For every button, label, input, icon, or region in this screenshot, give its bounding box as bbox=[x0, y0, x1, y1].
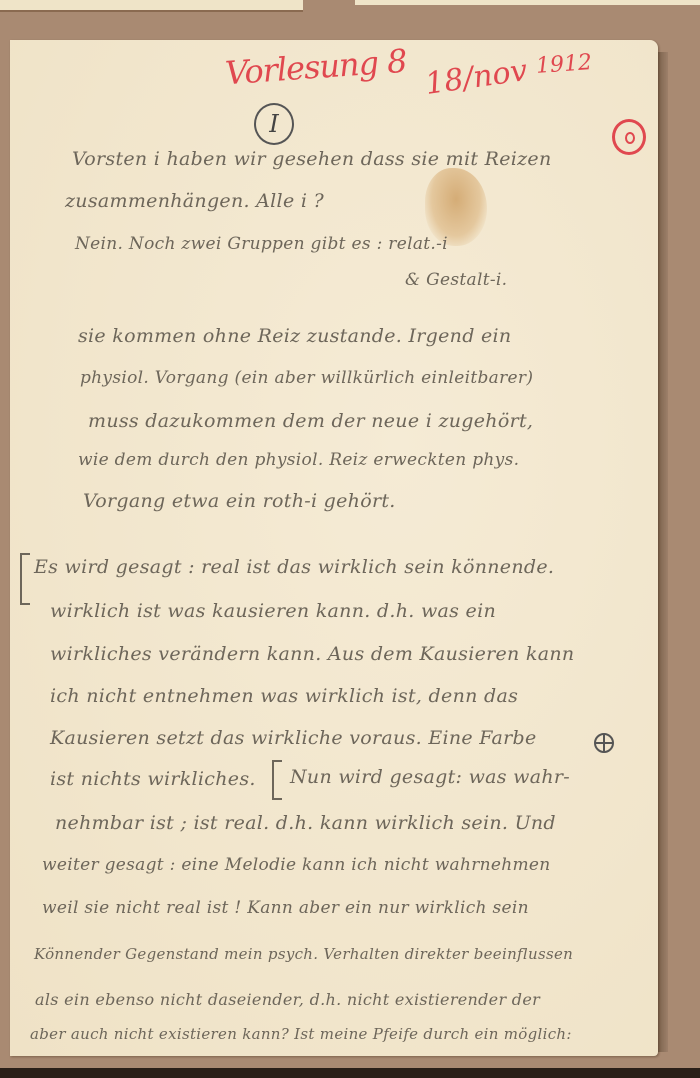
text-line: wirkliches verändern kann. Aus dem Kausi… bbox=[50, 643, 574, 665]
text-line: physiol. Vorgang (ein aber willkürlich e… bbox=[80, 368, 533, 388]
text-line: als ein ebenso nicht daseiender, d.h. ni… bbox=[35, 990, 540, 1009]
text-line: Kausieren setzt das wirkliche voraus. Ei… bbox=[50, 727, 537, 749]
section-number: I bbox=[254, 103, 294, 145]
text-line: aber auch nicht existieren kann? Ist mei… bbox=[30, 1025, 572, 1043]
text-line: Nein. Noch zwei Gruppen gibt es : relat.… bbox=[75, 234, 448, 254]
text-line: Vorsten i haben wir gesehen dass sie mit… bbox=[72, 148, 552, 170]
text-line: & Gestalt-i. bbox=[405, 270, 507, 290]
text-line: sie kommen ohne Reiz zustande. Irgend ei… bbox=[78, 325, 511, 347]
circled-c-mark-icon bbox=[612, 119, 646, 155]
text-line: weil sie nicht real ist ! Kann aber ein … bbox=[42, 898, 529, 918]
bracket-mark bbox=[272, 760, 282, 800]
text-line: weiter gesagt : eine Melodie kann ich ni… bbox=[42, 855, 551, 875]
text-line: muss dazukommen dem der neue i zugehört, bbox=[88, 410, 533, 432]
text-line: Könnender Gegenstand mein psych. Verhalt… bbox=[34, 945, 573, 963]
text-line: nehmbar ist ; ist real. d.h. kann wirkli… bbox=[55, 812, 556, 834]
bracket-mark bbox=[20, 553, 30, 605]
adjacent-page-right bbox=[355, 0, 700, 5]
adjacent-page-left bbox=[0, 0, 303, 12]
text-line: wie dem durch den physiol. Reiz erweckte… bbox=[78, 450, 519, 470]
lecture-year: 1912 bbox=[535, 50, 593, 79]
scan-border bbox=[0, 1068, 700, 1078]
text-line: ist nichts wirkliches. bbox=[50, 768, 256, 790]
text-line: Nun wird gesagt: was wahr- bbox=[290, 766, 570, 788]
text-line: ich nicht entnehmen was wirklich ist, de… bbox=[50, 685, 518, 707]
text-line: zusammenhängen. Alle i ? bbox=[65, 190, 324, 212]
circled-cross-mark-icon bbox=[594, 733, 614, 753]
text-line: Es wird gesagt : real ist das wirklich s… bbox=[34, 556, 554, 578]
text-line: Vorgang etwa ein roth-i gehört. bbox=[83, 490, 396, 512]
text-line: wirklich ist was kausieren kann. d.h. wa… bbox=[50, 600, 496, 622]
